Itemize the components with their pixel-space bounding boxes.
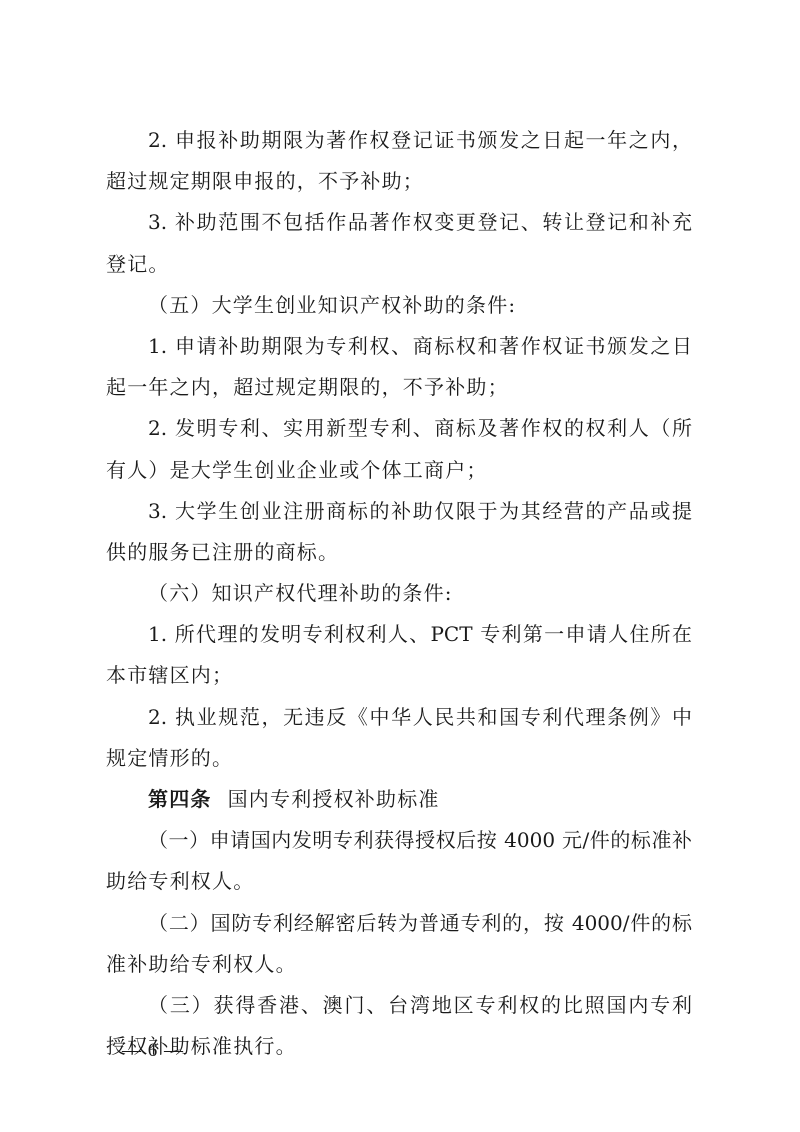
text-line: 1. 所代理的发明专利权利人、PCT 专利第一申请人住所在 bbox=[106, 614, 692, 655]
text-line: 助给专利权人。 bbox=[106, 861, 692, 902]
text-line: 准补助给专利权人。 bbox=[106, 944, 692, 985]
text-line: （一）申请国内发明专利获得授权后按 4000 元/件的标准补 bbox=[106, 820, 692, 861]
text-line: 超过规定期限申报的，不予补助； bbox=[106, 161, 692, 202]
text-line: （二）国防专利经解密后转为普通专利的，按 4000/件的标 bbox=[106, 903, 692, 944]
text-line: 规定情形的。 bbox=[106, 738, 692, 779]
section-heading-6: （六）知识产权代理补助的条件: bbox=[106, 573, 692, 614]
page-number: — 6 — bbox=[122, 1040, 184, 1062]
text-line: 起一年之内，超过规定期限的，不予补助； bbox=[106, 367, 692, 408]
article-title: 国内专利授权补助标准 bbox=[228, 787, 440, 811]
text-line: 3. 补助范围不包括作品著作权变更登记、转让登记和补充 bbox=[106, 202, 692, 243]
text-line: 登记。 bbox=[106, 244, 692, 285]
text-line: 1. 申请补助期限为专利权、商标权和著作权证书颁发之日 bbox=[106, 326, 692, 367]
text-line: 3. 大学生创业注册商标的补助仅限于为其经营的产品或提 bbox=[106, 491, 692, 532]
document-page: 2. 申报补助期限为著作权登记证书颁发之日起一年之内， 超过规定期限申报的，不予… bbox=[106, 120, 692, 1067]
text-line: 2. 申报补助期限为著作权登记证书颁发之日起一年之内， bbox=[106, 120, 692, 161]
text-line: 供的服务已注册的商标。 bbox=[106, 532, 692, 573]
text-line: 2. 执业规范，无违反《中华人民共和国专利代理条例》中 bbox=[106, 697, 692, 738]
text-line: （三）获得香港、澳门、台湾地区专利权的比照国内专利 bbox=[106, 985, 692, 1026]
text-line: 有人）是大学生创业企业或个体工商户； bbox=[106, 450, 692, 491]
article-number: 第四条 bbox=[148, 787, 212, 811]
text-line: 2. 发明专利、实用新型专利、商标及著作权的权利人（所 bbox=[106, 408, 692, 449]
article-heading: 第四条国内专利授权补助标准 bbox=[106, 779, 692, 820]
text-line: 本市辖区内； bbox=[106, 655, 692, 696]
text-line: 授权补助标准执行。 bbox=[106, 1026, 692, 1067]
section-heading-5: （五）大学生创业知识产权补助的条件: bbox=[106, 285, 692, 326]
